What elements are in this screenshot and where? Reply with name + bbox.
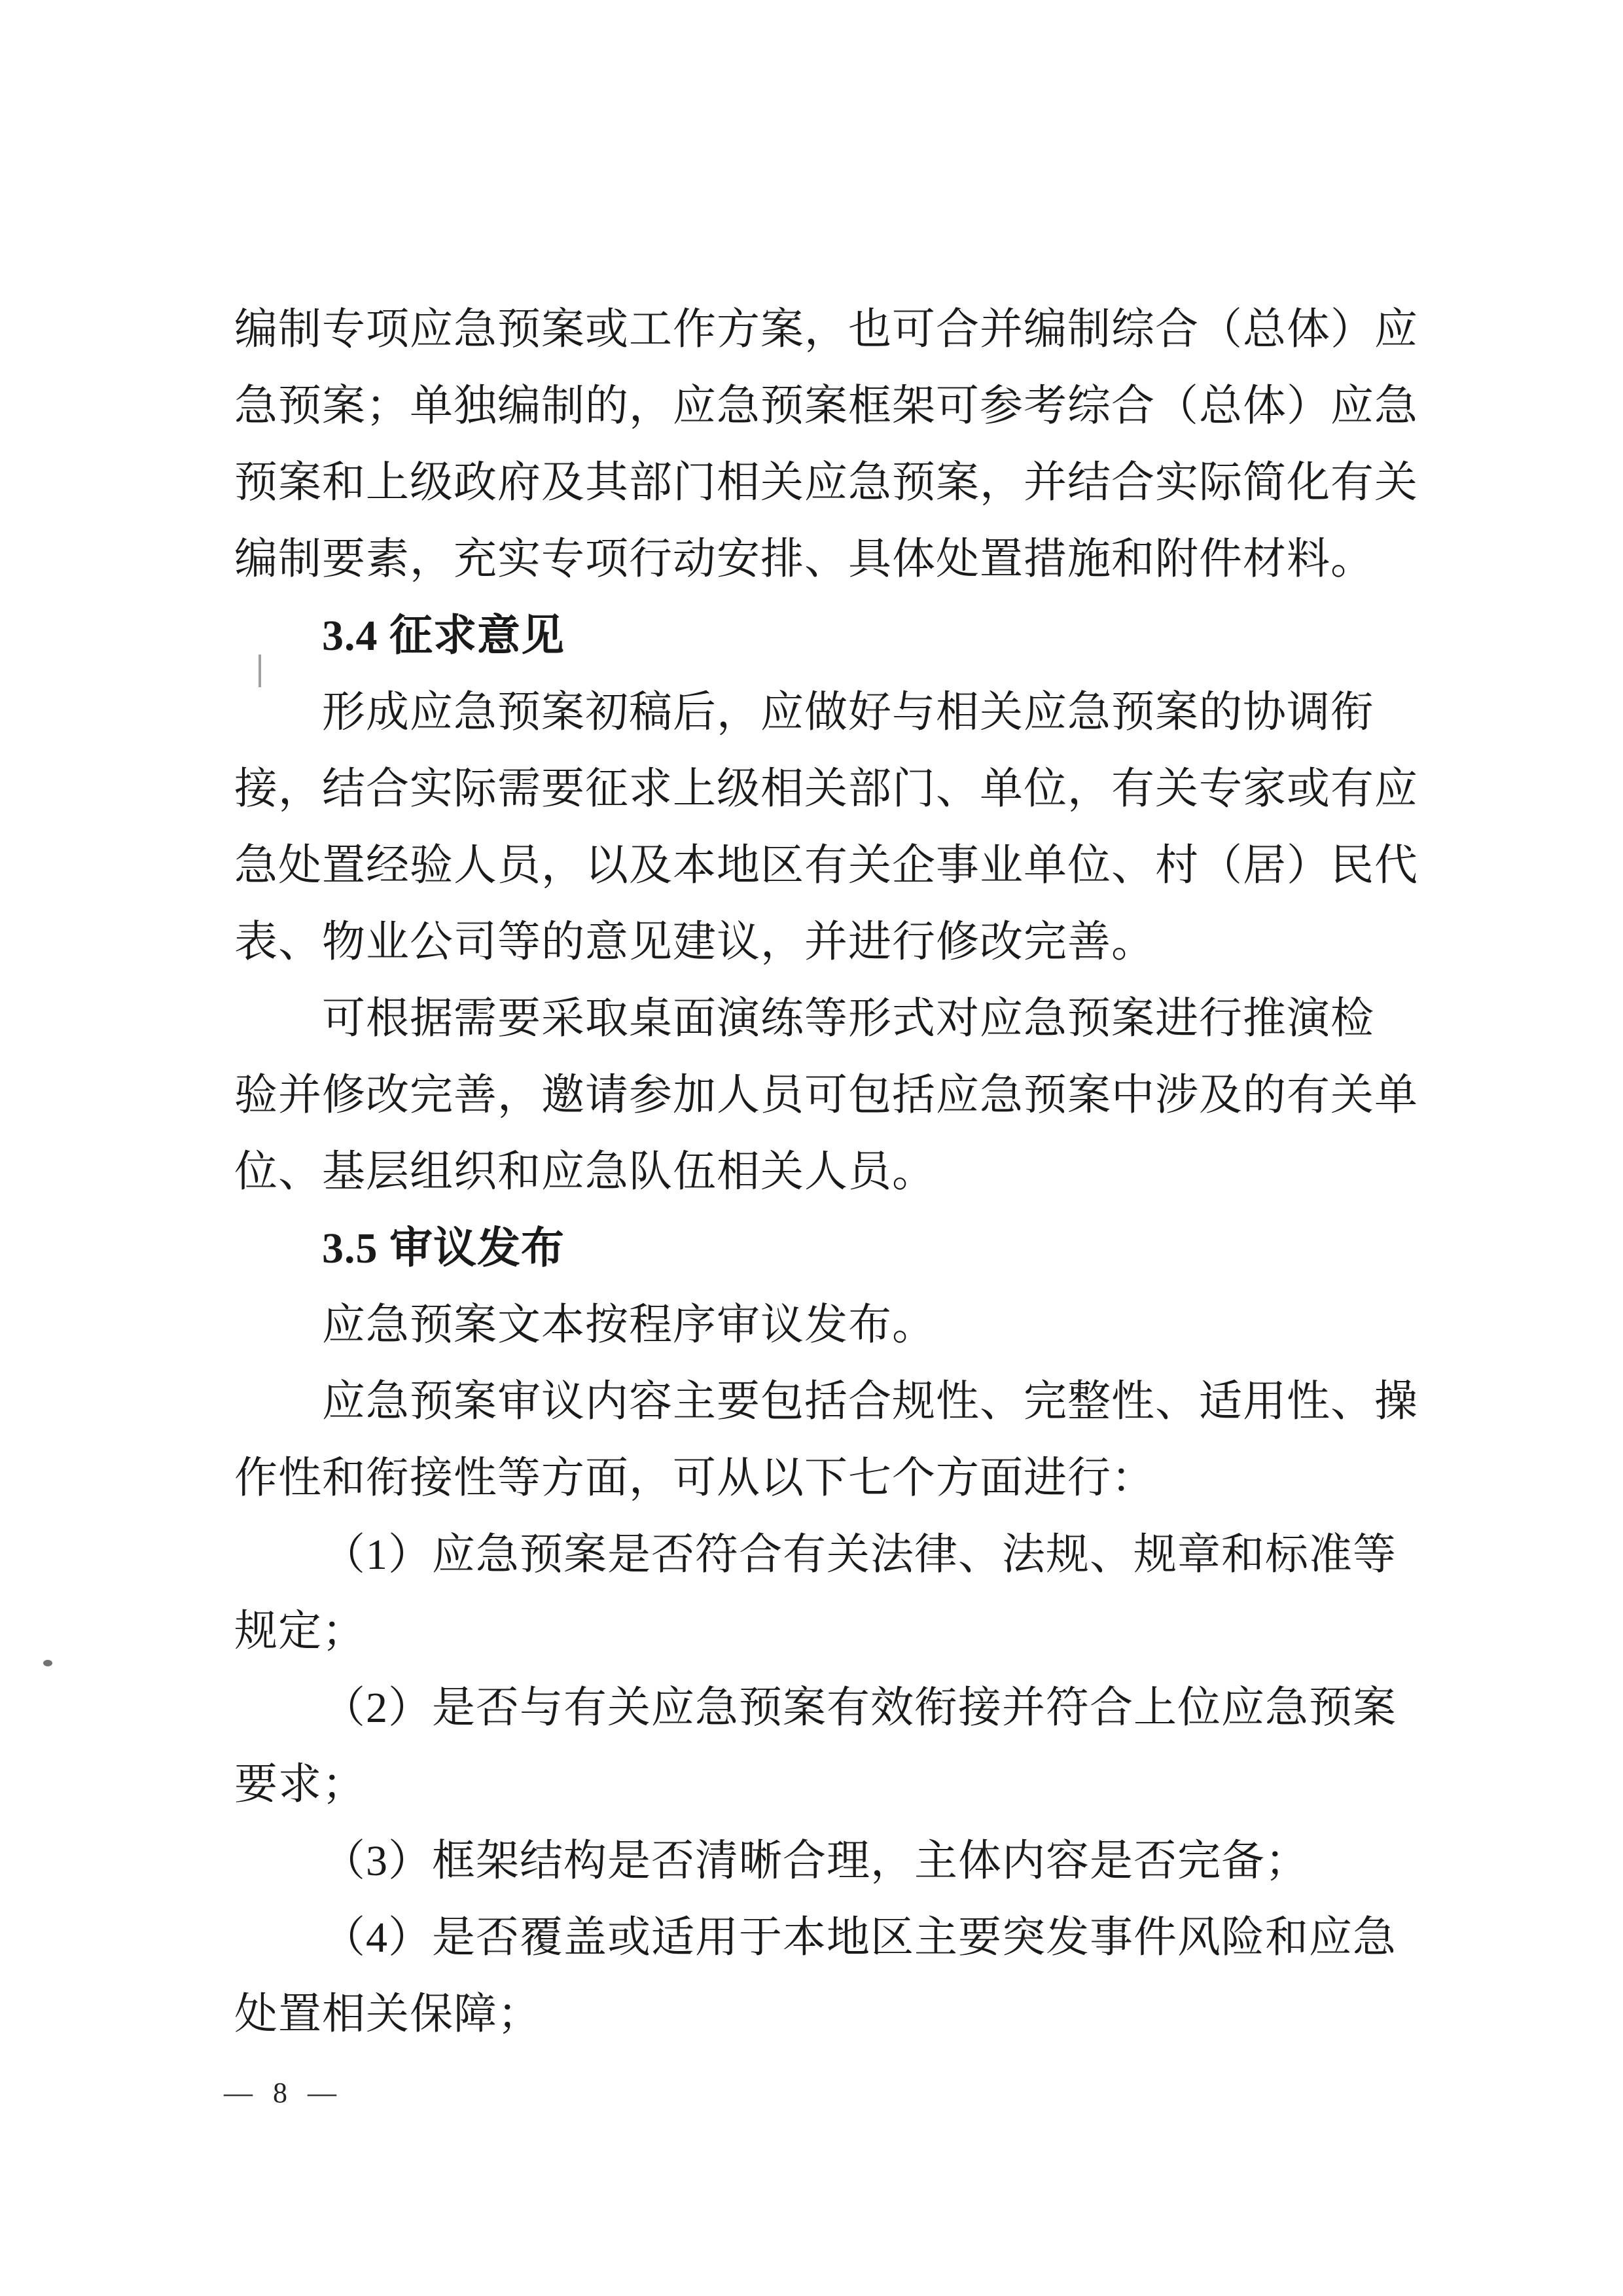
text-line-15: 应急预案审议内容主要包括合规性、完整性、适用性、操: [234, 1363, 1419, 1440]
list-item-4-continuation: 处置相关保障；: [234, 1976, 1419, 2053]
scan-speck-artifact: [43, 1660, 52, 1666]
text-line-03: 预案和上级政府及其部门相关应急预案，并结合实际简化有关: [234, 444, 1419, 521]
section-heading-3-4: 3.4 征求意见: [234, 598, 1419, 674]
list-item-1-continuation: 规定；: [234, 1593, 1419, 1670]
text-line-04: 编制要素，充实专项行动安排、具体处置措施和附件材料。: [234, 521, 1419, 598]
page-number: — 8 —: [224, 2073, 343, 2113]
text-line-01: 编制专项应急预案或工作方案，也可合并编制综合（总体）应: [234, 291, 1419, 368]
document-page: 编制专项应急预案或工作方案，也可合并编制综合（总体）应 急预案；单独编制的，应急…: [0, 0, 1623, 2296]
scan-line-artifact: [259, 655, 261, 687]
text-line-12: 位、基层组织和应急队伍相关人员。: [234, 1134, 1419, 1210]
text-line-09: 表、物业公司等的意见建议，并进行修改完善。: [234, 904, 1419, 980]
list-item-4: （4）是否覆盖或适用于本地区主要突发事件风险和应急: [234, 1899, 1419, 1976]
text-line-11: 验并修改完善，邀请参加人员可包括应急预案中涉及的有关单: [234, 1057, 1419, 1134]
text-line-16: 作性和衔接性等方面，可从以下七个方面进行：: [234, 1440, 1419, 1516]
text-line-14: 应急预案文本按程序审议发布。: [234, 1287, 1419, 1363]
text-block: 编制专项应急预案或工作方案，也可合并编制综合（总体）应 急预案；单独编制的，应急…: [234, 291, 1419, 2053]
text-line-08: 急处置经验人员，以及本地区有关企事业单位、村（居）民代: [234, 827, 1419, 904]
text-line-02: 急预案；单独编制的，应急预案框架可参考综合（总体）应急: [234, 368, 1419, 444]
text-line-06: 形成应急预案初稿后，应做好与相关应急预案的协调衔: [234, 674, 1419, 751]
list-item-2: （2）是否与有关应急预案有效衔接并符合上位应急预案: [234, 1670, 1419, 1746]
text-line-10: 可根据需要采取桌面演练等形式对应急预案进行推演检: [234, 980, 1419, 1057]
list-item-1: （1）应急预案是否符合有关法律、法规、规章和标准等: [234, 1516, 1419, 1593]
list-item-3: （3）框架结构是否清晰合理，主体内容是否完备；: [234, 1823, 1419, 1899]
list-item-2-continuation: 要求；: [234, 1746, 1419, 1823]
section-heading-3-5: 3.5 审议发布: [234, 1210, 1419, 1287]
text-line-07: 接，结合实际需要征求上级相关部门、单位，有关专家或有应: [234, 751, 1419, 827]
